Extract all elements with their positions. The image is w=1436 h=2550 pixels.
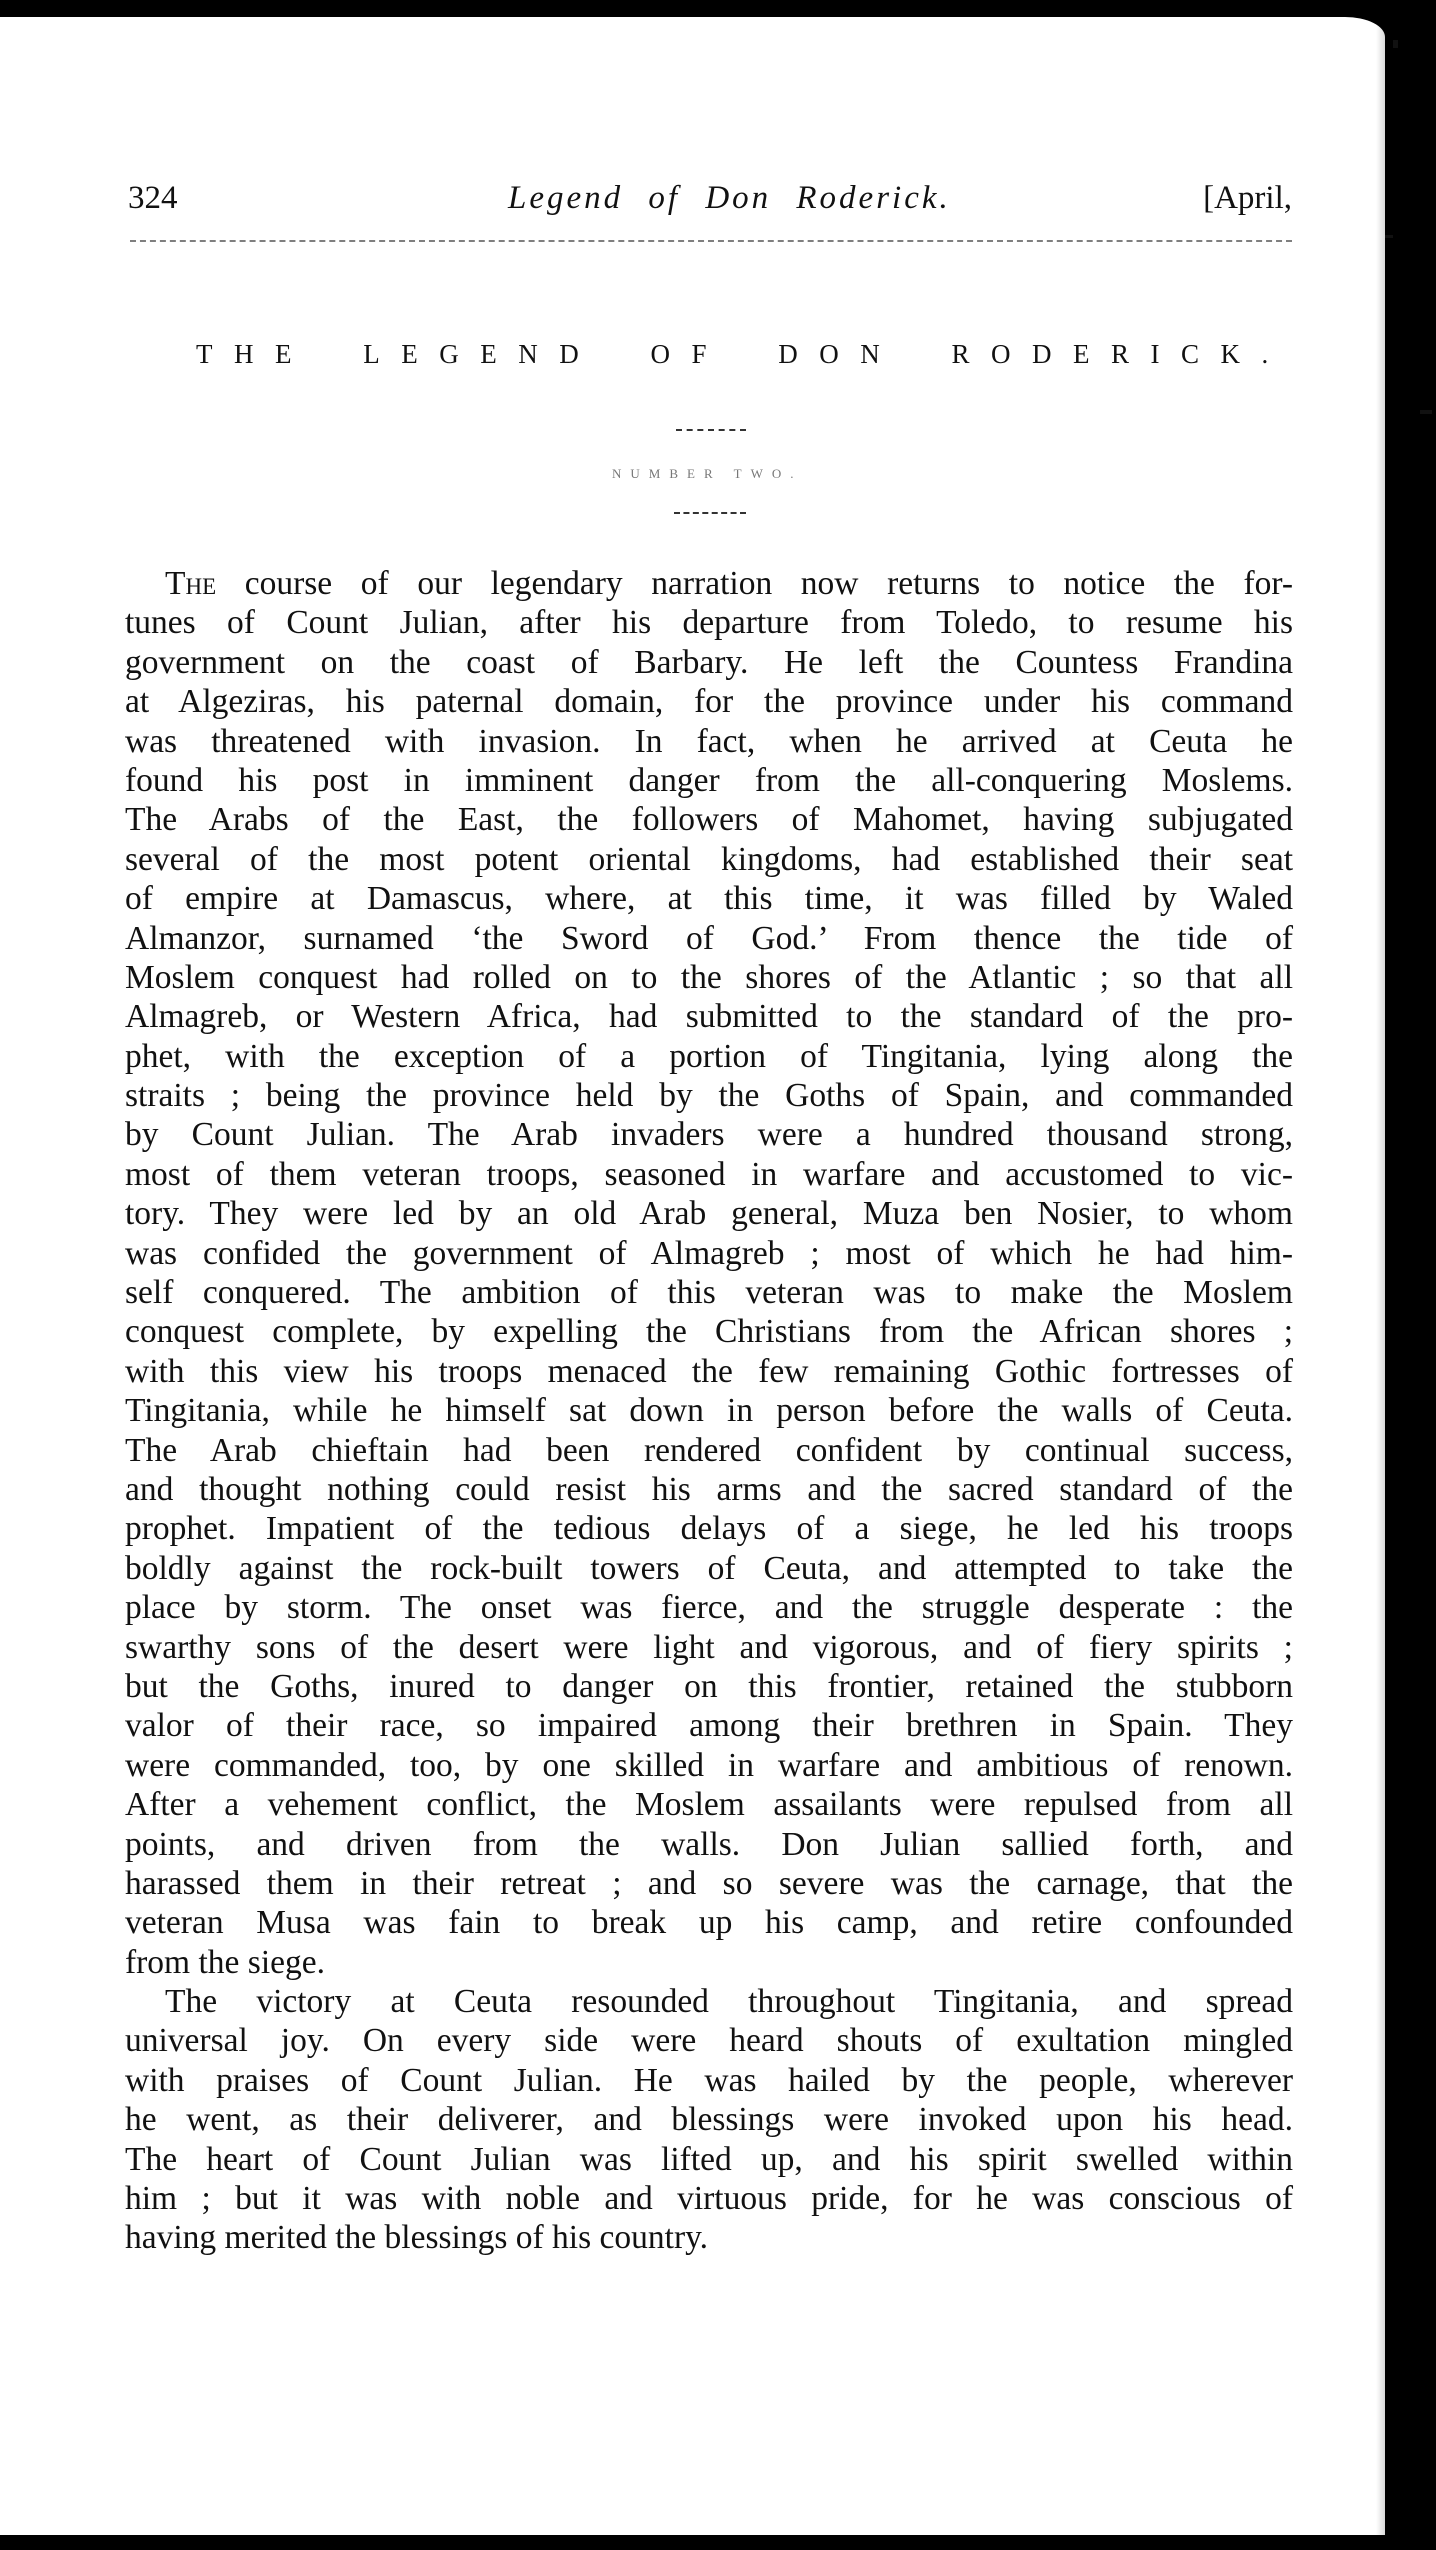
text-line: from the siege. bbox=[125, 1943, 1293, 1982]
text-line: having merited the blessings of his coun… bbox=[125, 2218, 1293, 2257]
text-line: and thought nothing could resist his arm… bbox=[125, 1470, 1293, 1509]
running-title: Legend of Don Roderick. bbox=[508, 178, 968, 218]
article-subtitle: NUMBER TWO. bbox=[612, 464, 832, 484]
scan-speck bbox=[1393, 40, 1398, 48]
text-line: The Arab chieftain had been rendered con… bbox=[125, 1431, 1293, 1470]
text-line: Almagreb, or Western Africa, had submitt… bbox=[125, 997, 1293, 1036]
scan-speck bbox=[1385, 235, 1393, 238]
page-number: 324 bbox=[128, 178, 178, 218]
text-line: The course of our legendary narration no… bbox=[125, 564, 1293, 603]
scan-border-right bbox=[1376, 17, 1436, 2537]
text-line: After a vehement conflict, the Moslem as… bbox=[125, 1785, 1293, 1824]
text-line: was confided the government of Almagreb … bbox=[125, 1234, 1293, 1273]
text-line: with praises of Count Julian. He was hai… bbox=[125, 2061, 1293, 2100]
text-line: he went, as their deliverer, and blessin… bbox=[125, 2100, 1293, 2139]
text-line: him ; but it was with noble and virtuous… bbox=[125, 2179, 1293, 2218]
text-line: veteran Musa was fain to break up his ca… bbox=[125, 1903, 1293, 1942]
text-line: straits ; being the province held by the… bbox=[125, 1076, 1293, 1115]
text-line: boldly against the rock-built towers of … bbox=[125, 1549, 1293, 1588]
text-line: government on the coast of Barbary. He l… bbox=[125, 643, 1293, 682]
ornamental-rule-bottom bbox=[674, 512, 746, 514]
text-line: most of them veteran troops, seasoned in… bbox=[125, 1155, 1293, 1194]
issue-month: [April, bbox=[1203, 178, 1292, 218]
text-line: valor of their race, so impaired among t… bbox=[125, 1706, 1293, 1745]
article-body: The course of our legendary narration no… bbox=[125, 564, 1293, 2258]
paragraph-2: The victory at Ceuta resounded throughou… bbox=[125, 1982, 1293, 2258]
text-line: prophet. Impatient of the tedious delays… bbox=[125, 1509, 1293, 1548]
text-line: at Algeziras, his paternal domain, for t… bbox=[125, 682, 1293, 721]
lead-in-smallcaps: The bbox=[165, 565, 216, 602]
text-line: was threatened with invasion. In fact, w… bbox=[125, 722, 1293, 761]
text-line: The victory at Ceuta resounded throughou… bbox=[125, 1982, 1293, 2021]
running-head: 324 Legend of Don Roderick. [April, bbox=[128, 178, 1292, 218]
text-line: tory. They were led by an old Arab gener… bbox=[125, 1194, 1293, 1233]
scan-speck bbox=[1420, 410, 1432, 414]
ornamental-rule-top bbox=[676, 429, 746, 431]
text-line: place by storm. The onset was fierce, an… bbox=[125, 1588, 1293, 1627]
text-line: tunes of Count Julian, after his departu… bbox=[125, 603, 1293, 642]
text-line: Moslem conquest had rolled on to the sho… bbox=[125, 958, 1293, 997]
text-line: self conquered. The ambition of this vet… bbox=[125, 1273, 1293, 1312]
text-line: Tingitania, while he himself sat down in… bbox=[125, 1391, 1293, 1430]
article-title: THE LEGEND OF DON RODERICK. bbox=[196, 336, 1226, 372]
paragraph-1: The course of our legendary narration no… bbox=[125, 564, 1293, 1982]
text-line: with this view his troops menaced the fe… bbox=[125, 1352, 1293, 1391]
text-line: phet, with the exception of a portion of… bbox=[125, 1037, 1293, 1076]
scan-border-bottom bbox=[0, 2536, 1436, 2550]
text-line: The Arabs of the East, the followers of … bbox=[125, 800, 1293, 839]
scan-border-top bbox=[0, 0, 1436, 18]
text-line: harassed them in their retreat ; and so … bbox=[125, 1864, 1293, 1903]
text-line: Almanzor, surnamed ‘the Sword of God.’ F… bbox=[125, 919, 1293, 958]
text-line: found his post in imminent danger from t… bbox=[125, 761, 1293, 800]
text-line: universal joy. On every side were heard … bbox=[125, 2021, 1293, 2060]
text-line: several of the most potent oriental king… bbox=[125, 840, 1293, 879]
text-line: swarthy sons of the desert were light an… bbox=[125, 1628, 1293, 1667]
text-line: but the Goths, inured to danger on this … bbox=[125, 1667, 1293, 1706]
text-line: points, and driven from the walls. Don J… bbox=[125, 1825, 1293, 1864]
text-line: of empire at Damascus, where, at this ti… bbox=[125, 879, 1293, 918]
text-line: by Count Julian. The Arab invaders were … bbox=[125, 1115, 1293, 1154]
text-line: were commanded, too, by one skilled in w… bbox=[125, 1746, 1293, 1785]
text-line: conquest complete, by expelling the Chri… bbox=[125, 1312, 1293, 1351]
header-rule bbox=[130, 240, 1292, 242]
text-line: The heart of Count Julian was lifted up,… bbox=[125, 2140, 1293, 2179]
